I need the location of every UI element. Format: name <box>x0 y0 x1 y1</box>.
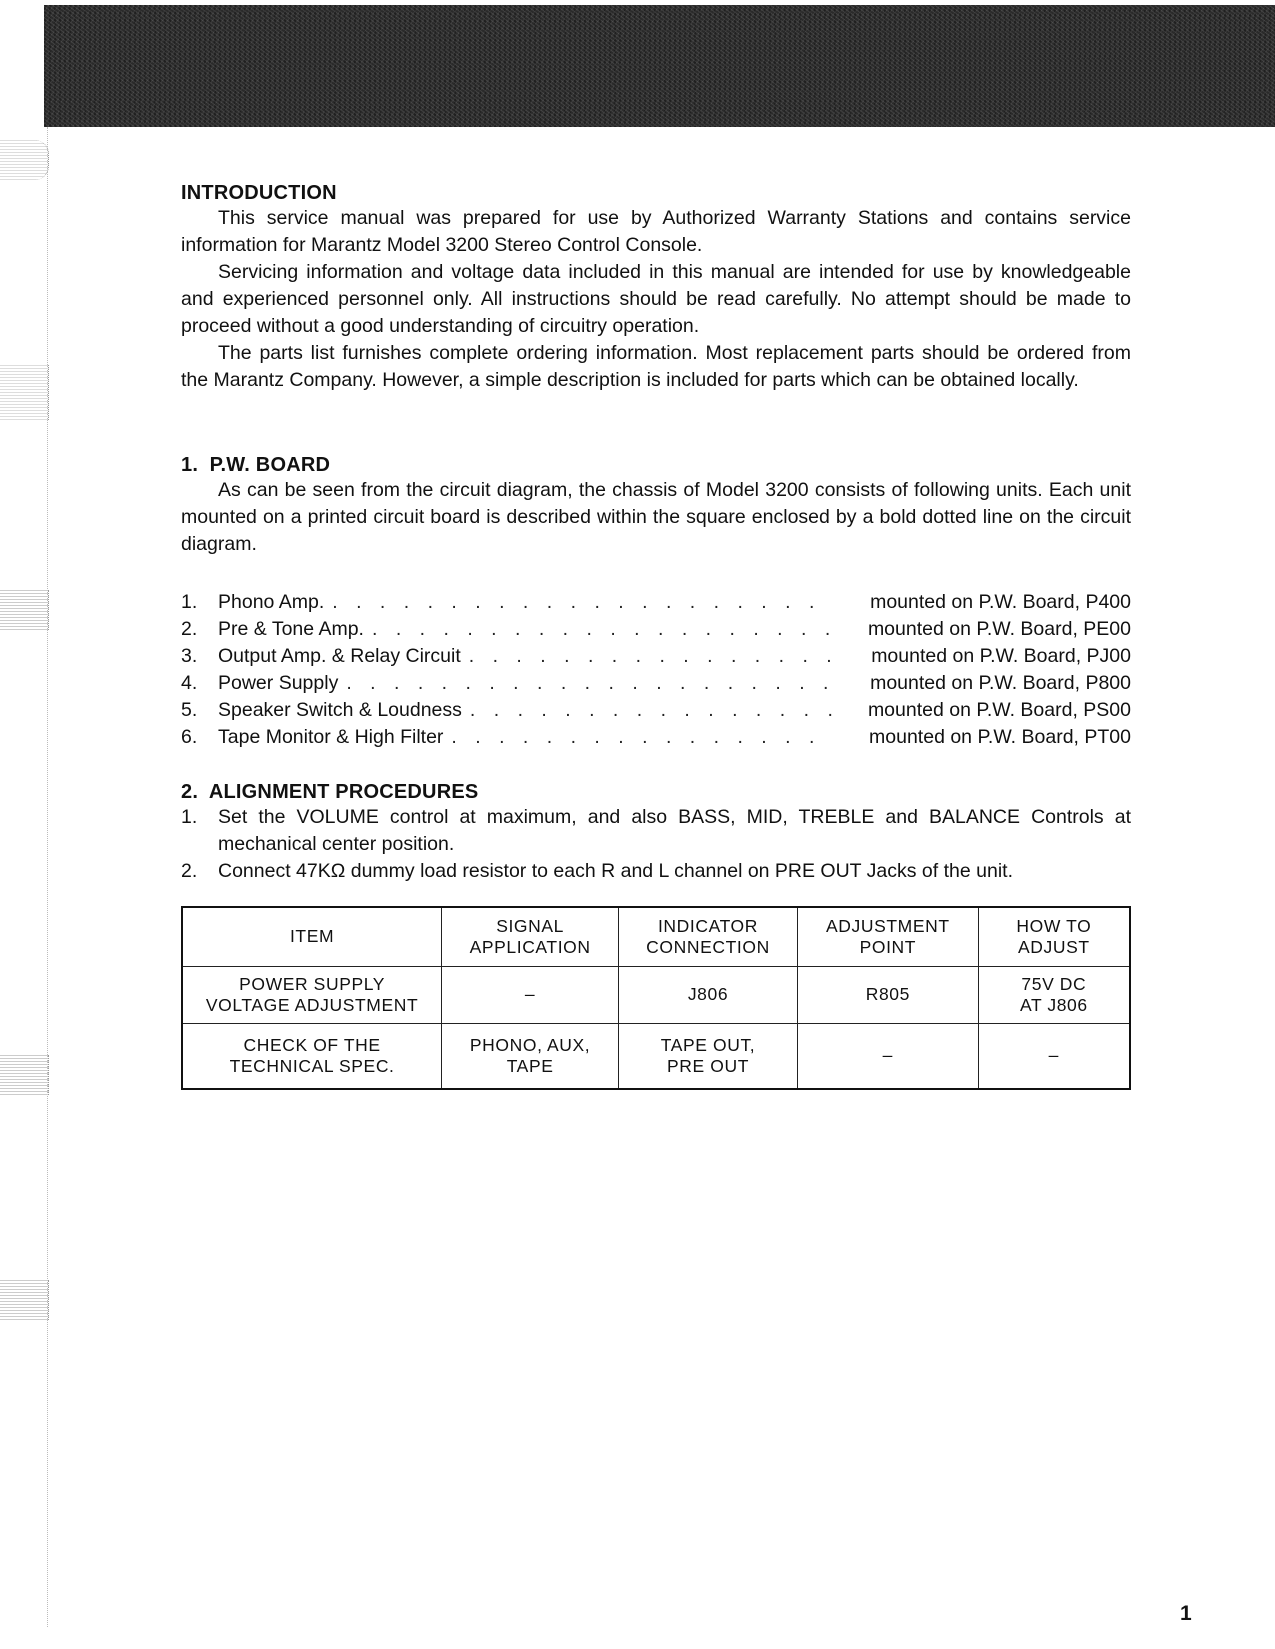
leader-dots: . . . . . . . . . . . . . . . . . . . . … <box>372 616 832 643</box>
unit-list-item: 2. Pre & Tone Amp. . . . . . . . . . . .… <box>181 616 1131 643</box>
leader-dots: . . . . . . . . . . . . . . . . . . . . … <box>469 643 832 670</box>
alignment-step: 2.Connect 47KΩ dummy load resistor to ea… <box>181 858 1131 885</box>
leader-dots: . . . . . . . . . . . . . . . . . . . . … <box>470 697 832 724</box>
alignment-section: 2. ALIGNMENT PROCEDURES 1.Set the VOLUME… <box>181 780 1131 885</box>
unit-list-item: 1. Phono Amp. . . . . . . . . . . . . . … <box>181 589 1131 616</box>
table-cell: – <box>978 1023 1130 1089</box>
unit-name: Tape Monitor & High Filter <box>218 724 451 751</box>
table-header-row: ITEM SIGNALAPPLICATION INDICATORCONNECTI… <box>182 907 1130 966</box>
pw-board-paragraph: As can be seen from the circuit diagram,… <box>181 477 1131 558</box>
leader-dots: . . . . . . . . . . . . . . . . . . . . … <box>451 724 832 751</box>
unit-name: Output Amp. & Relay Circuit <box>218 643 469 670</box>
binder-hole-mark <box>0 1280 49 1320</box>
binder-hole-mark <box>0 1055 49 1095</box>
table-row: CHECK OF THETECHNICAL SPEC. PHONO, AUX,T… <box>182 1023 1130 1089</box>
unit-board: mounted on P.W. Board, PT00 <box>832 724 1131 751</box>
introduction-heading: INTRODUCTION <box>181 181 1131 205</box>
pw-board-heading: 1. P.W. BOARD <box>181 453 1131 477</box>
alignment-step: 1.Set the VOLUME control at maximum, and… <box>181 804 1131 858</box>
header-signal-application: SIGNALAPPLICATION <box>442 907 619 966</box>
unit-board: mounted on P.W. Board, PE00 <box>832 616 1131 643</box>
intro-paragraph: Servicing information and voltage data i… <box>181 259 1131 340</box>
header-indicator-connection: INDICATORCONNECTION <box>619 907 798 966</box>
leader-dots: . . . . . . . . . . . . . . . . . . . . … <box>346 670 832 697</box>
unit-board: mounted on P.W. Board, PS00 <box>832 697 1131 724</box>
leader-dots: . . . . . . . . . . . . . . . . . . . . … <box>332 589 832 616</box>
table-cell: R805 <box>797 966 978 1023</box>
unit-name: Pre & Tone Amp. <box>218 616 372 643</box>
unit-list-item: 5. Speaker Switch & Loudness . . . . . .… <box>181 697 1131 724</box>
binder-hole-mark <box>0 140 49 180</box>
table-row: POWER SUPPLYVOLTAGE ADJUSTMENT – J806 R8… <box>182 966 1130 1023</box>
unit-board: mounted on P.W. Board, P800 <box>832 670 1131 697</box>
table-cell: PHONO, AUX,TAPE <box>442 1023 619 1089</box>
introduction-section: INTRODUCTION This service manual was pre… <box>181 181 1131 394</box>
table-cell: TAPE OUT,PRE OUT <box>619 1023 798 1089</box>
header-adjustment-point: ADJUSTMENTPOINT <box>797 907 978 966</box>
header-item: ITEM <box>182 907 442 966</box>
table-cell: CHECK OF THETECHNICAL SPEC. <box>182 1023 442 1089</box>
unit-list-item: 3. Output Amp. & Relay Circuit . . . . .… <box>181 643 1131 670</box>
table-cell: 75V DCAT J806 <box>978 966 1130 1023</box>
alignment-heading: 2. ALIGNMENT PROCEDURES <box>181 780 1131 804</box>
table-cell: POWER SUPPLYVOLTAGE ADJUSTMENT <box>182 966 442 1023</box>
pw-board-section: 1. P.W. BOARD As can be seen from the ci… <box>181 453 1131 558</box>
table-cell: J806 <box>619 966 798 1023</box>
unit-name: Phono Amp. <box>218 589 332 616</box>
page-number: 1 <box>1180 1602 1192 1626</box>
intro-paragraph: This service manual was prepared for use… <box>181 205 1131 259</box>
unit-name: Speaker Switch & Loudness <box>218 697 470 724</box>
table-cell: – <box>797 1023 978 1089</box>
header-how-to-adjust: HOW TOADJUST <box>978 907 1130 966</box>
alignment-table: ITEM SIGNALAPPLICATION INDICATORCONNECTI… <box>181 906 1131 1090</box>
binder-hole-mark <box>0 365 49 420</box>
unit-list-item: 6. Tape Monitor & High Filter . . . . . … <box>181 724 1131 751</box>
unit-board: mounted on P.W. Board, P400 <box>832 589 1131 616</box>
binding-gutter <box>47 127 48 1627</box>
unit-name: Power Supply <box>218 670 346 697</box>
unit-list: 1. Phono Amp. . . . . . . . . . . . . . … <box>181 589 1131 751</box>
table-cell: – <box>442 966 619 1023</box>
alignment-steps: 1.Set the VOLUME control at maximum, and… <box>181 804 1131 885</box>
header-band <box>44 5 1275 127</box>
binder-hole-mark <box>0 590 49 630</box>
intro-paragraph: The parts list furnishes complete orderi… <box>181 340 1131 394</box>
unit-list-item: 4. Power Supply . . . . . . . . . . . . … <box>181 670 1131 697</box>
unit-board: mounted on P.W. Board, PJ00 <box>832 643 1131 670</box>
